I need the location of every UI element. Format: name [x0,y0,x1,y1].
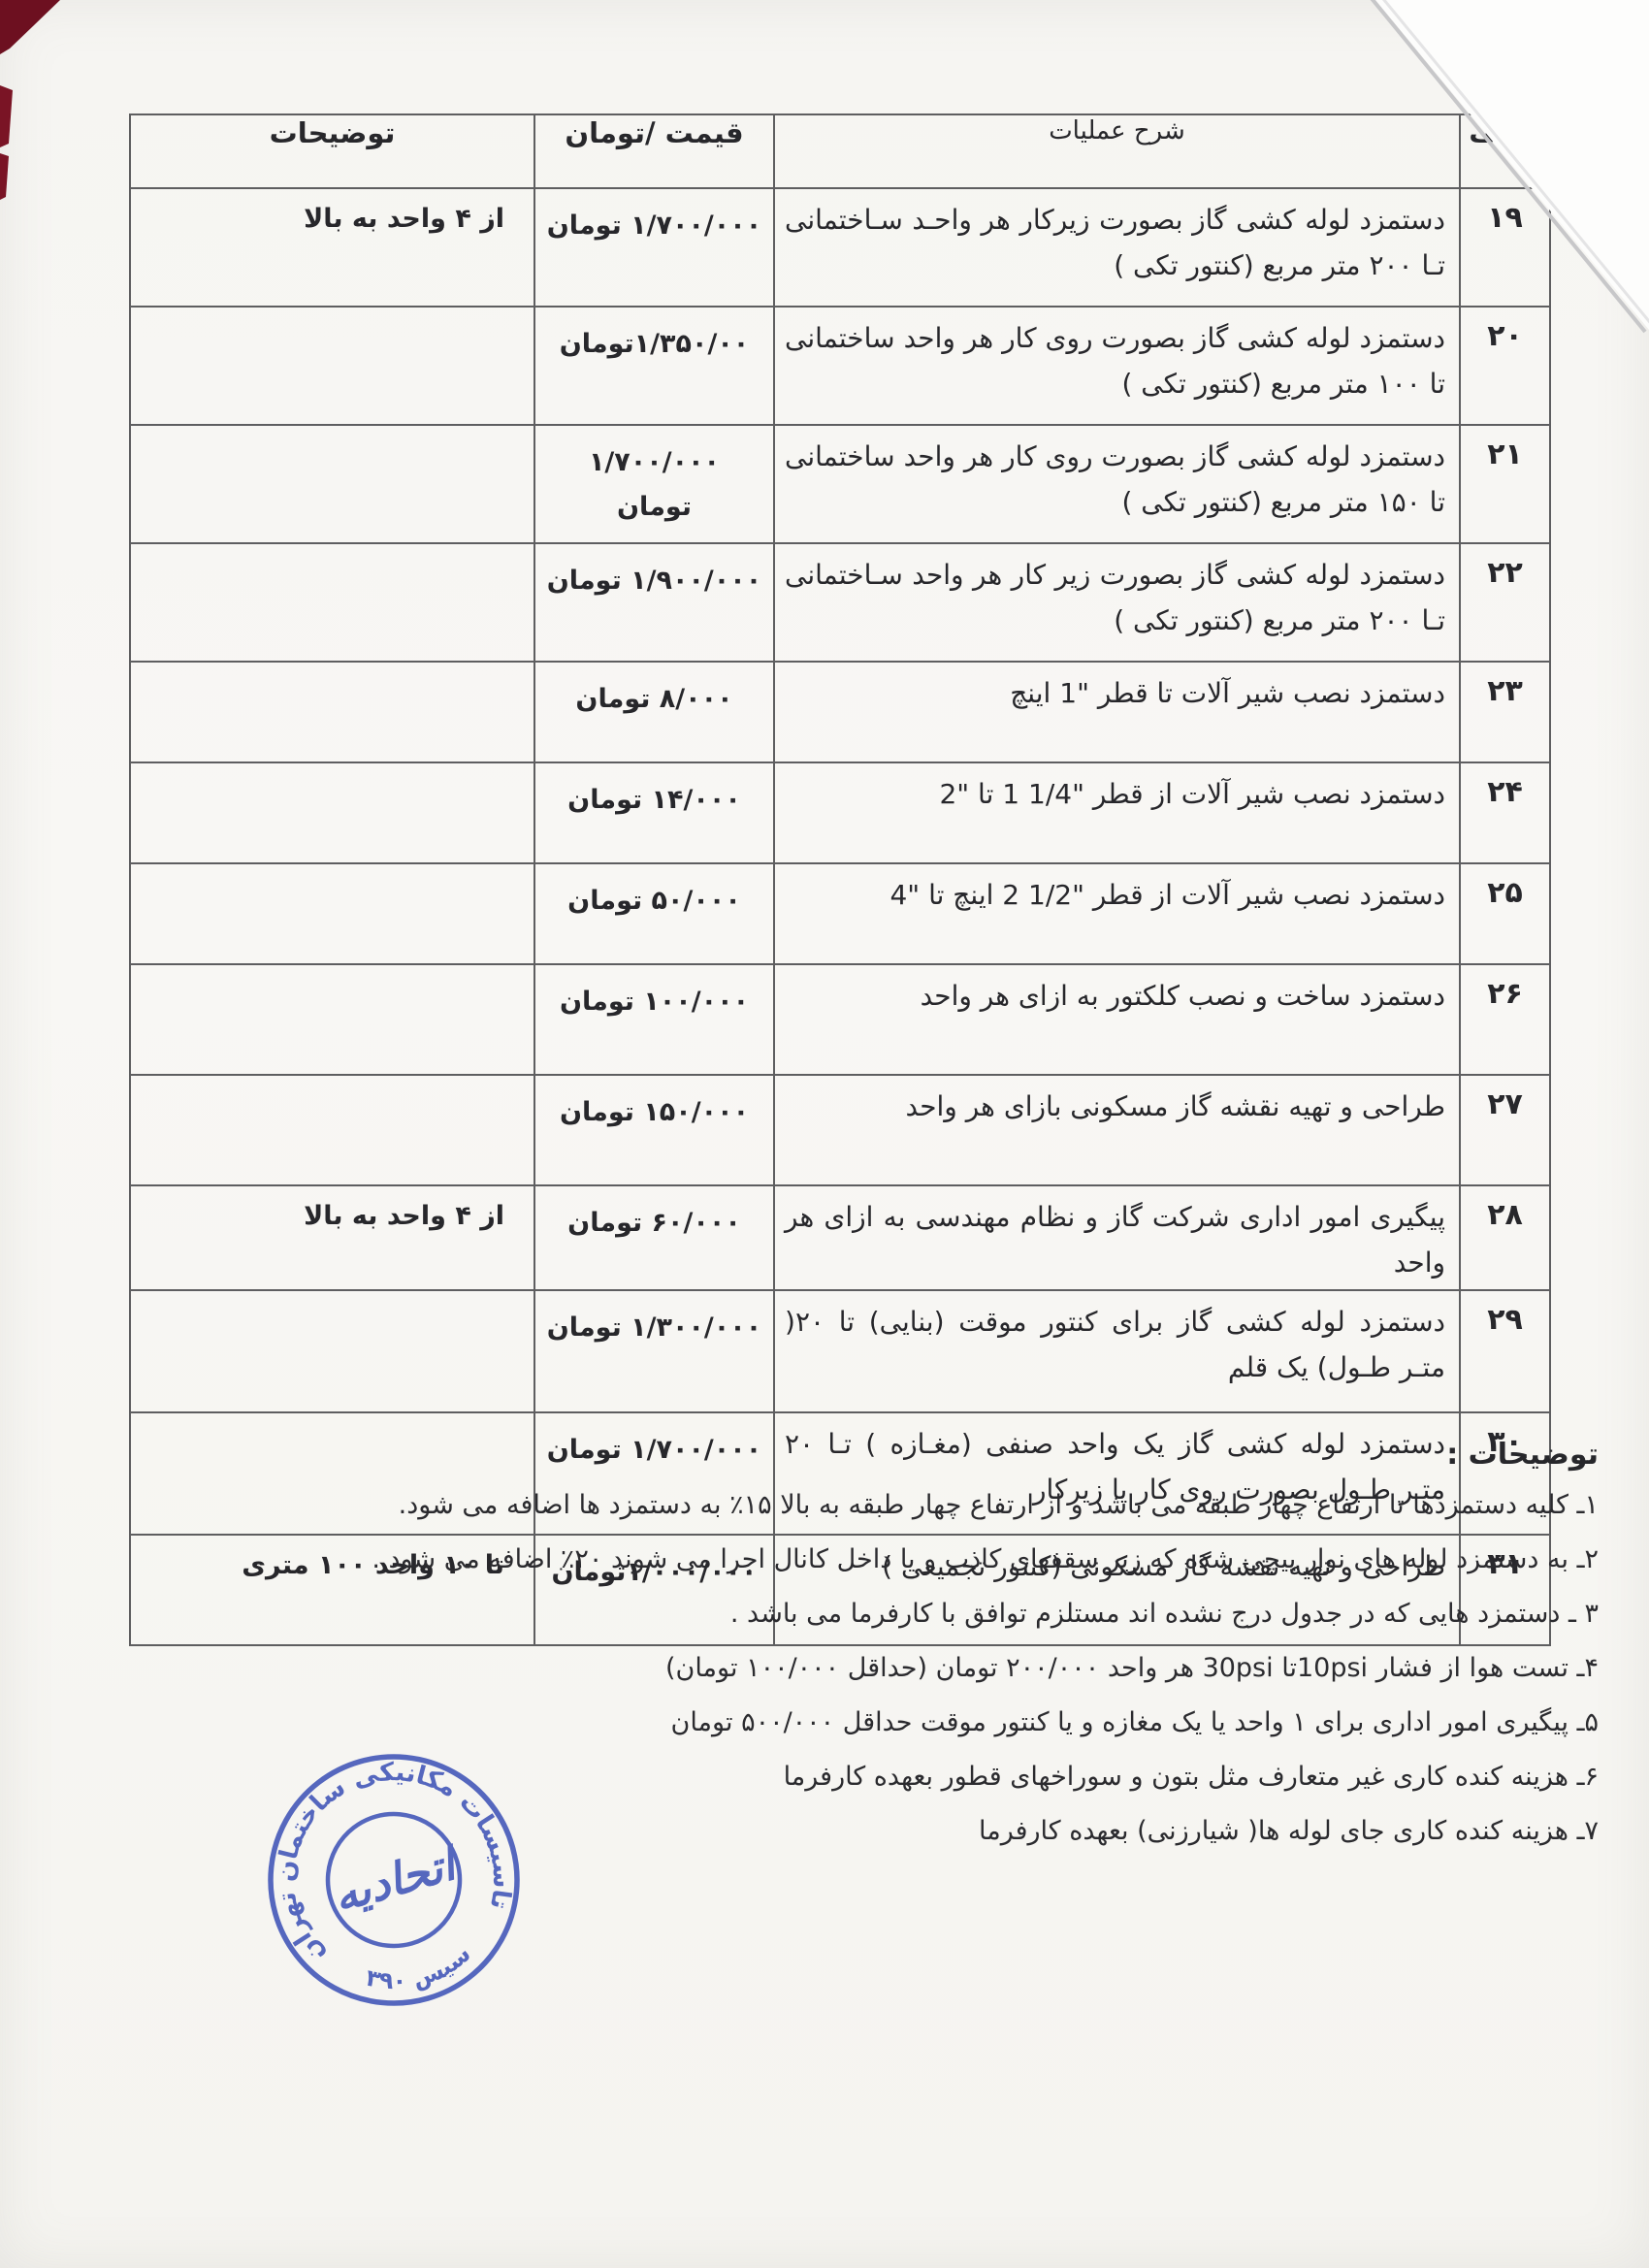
note-text: ۶ـ هزینه کنده کاری غیر متعارف مثل بتون و… [784,1762,1599,1792]
page-corner-fold [1368,0,1649,335]
cell-description: دستمزد نصب شیر آلات از قطر "1/4 1 تا "2 [774,762,1460,863]
cell-row-number: ۲۹ [1460,1290,1550,1412]
cell-row-number: ۲۸ [1460,1185,1550,1290]
table-row: ۲۲ دستمزد لوله کشی گاز بصورت زیر کار هر … [130,543,1550,662]
note-line: ۲ـ به دستمزد لوله های نوار پیچی شده که ز… [144,1543,1599,1575]
cell-note [130,964,534,1075]
cell-price: ۶۰/۰۰۰ تومان [534,1185,774,1290]
cell-description: دستمزد لوله کشی گاز بصورت روی کار هر واح… [774,425,1460,543]
cell-price: ۱/۳۰۰/۰۰۰ تومان [534,1290,774,1412]
cell-note [130,863,534,964]
stamp-center-text: اتحادیه [327,1836,466,1923]
cell-row-number: ۲۴ [1460,762,1550,863]
cell-note [130,425,534,543]
note-text: ۱ـ کلیه دستمزدها تا ارتفاع چهار طبقه می … [399,1490,1599,1520]
cell-note: از ۴ واحد به بالا [130,188,534,307]
scanned-document-page: ردیف شرح عملیات قیمت /تومان توضیحات ۱۹ د… [0,0,1649,2268]
cell-description: دستمزد لوله کشی گاز بصورت روی کار هر واح… [774,307,1460,425]
cell-price: ۱۵۰/۰۰۰ تومان [534,1075,774,1185]
table-row: ۲۷ طراحی و تهیه نقشه گاز مسکونی بازای هر… [130,1075,1550,1185]
table-row: ۲۴ دستمزد نصب شیر آلات از قطر "1/4 1 تا … [130,762,1550,863]
table-row: ۲۹ دستمزد لوله کشی گاز برای کنتور موقت (… [130,1290,1550,1412]
cell-description: دستمزد لوله کشی گاز بصورت زیرکار هر واحـ… [774,188,1460,307]
cell-note [130,662,534,762]
scan-artifact-marks [0,0,87,223]
note-line: ۱ـ کلیه دستمزدها تا ارتفاع چهار طبقه می … [144,1489,1599,1521]
header-price: قیمت /تومان [534,114,774,188]
header-notes: توضیحات [130,114,534,188]
cell-description: دستمزد لوله کشی گاز بصورت زیر کار هر واح… [774,543,1460,662]
edge-red-streak [0,85,13,147]
cell-note [130,543,534,662]
note-text: ۲ـ به دستمزد لوله های نوار پیچی شده که ز… [372,1544,1599,1574]
cell-note: از ۴ واحد به بالا [130,1185,534,1290]
cell-note [130,1290,534,1412]
tariff-table: ردیف شرح عملیات قیمت /تومان توضیحات ۱۹ د… [129,113,1551,1646]
cell-row-number: ۲۷ [1460,1075,1550,1185]
note-text: ۷ـ هزینه کنده کاری جای لوله ها( شیارزنی)… [979,1816,1599,1846]
cell-row-number: ۲۱ [1460,425,1550,543]
table-row: ۲۶ دستمزد ساخت و نصب کلکتور به ازای هر و… [130,964,1550,1075]
fold-paper [1375,0,1649,330]
cell-description: دستمزد ساخت و نصب کلکتور به ازای هر واحد [774,964,1460,1075]
cell-description: طراحی و تهیه نقشه گاز مسکونی بازای هر وا… [774,1075,1460,1185]
note-text: ۴ـ تست هوا از فشار 10psiتا 30psi هر واحد… [665,1653,1599,1683]
cell-price: ۱/۹۰۰/۰۰۰ تومان [534,543,774,662]
cell-row-number: ۲۵ [1460,863,1550,964]
edge-red-streak [0,153,9,200]
cell-note [130,1075,534,1185]
cell-row-number: ۲۲ [1460,543,1550,662]
cell-price: ۸/۰۰۰ تومان [534,662,774,762]
cell-row-number: ۲۶ [1460,964,1550,1075]
note-text: ۵ـ پیگیری امور اداری برای ۱ واحد یا یک م… [671,1707,1600,1737]
table-row: ۱۹ دستمزد لوله کشی گاز بصورت زیرکار هر و… [130,188,1550,307]
cell-price: ۱/۷۰۰/۰۰۰ تومان [534,425,774,543]
table-row: ۲۱ دستمزد لوله کشی گاز بصورت روی کار هر … [130,425,1550,543]
note-line: ۳ ـ دستمزد هایی که در جدول درج نشده اند … [144,1598,1599,1630]
note-line: ۵ـ پیگیری امور اداری برای ۱ واحد یا یک م… [144,1706,1599,1738]
cell-description: دستمزد لوله کشی گاز برای کنتور موقت (بنا… [774,1290,1460,1412]
table-row: ۲۰ دستمزد لوله کشی گاز بصورت روی کار هر … [130,307,1550,425]
cell-price: ۱۰۰/۰۰۰ تومان [534,964,774,1075]
table-row: ۲۵ دستمزد نصب شیر آلات از قطر "1/2 2 این… [130,863,1550,964]
table-row: ۲۳ دستمزد نصب شیر آلات تا قطر "1 اینچ ۸/… [130,662,1550,762]
cell-price: ۱/۷۰۰/۰۰۰ تومان [534,188,774,307]
notes-title: توضیحات : [144,1438,1599,1472]
cell-price: ۱/۳۵۰/۰۰تومان [534,307,774,425]
cell-description: پیگیری امور اداری شرکت گاز و نظام مهندسی… [774,1185,1460,1290]
cell-price: ۱۴/۰۰۰ تومان [534,762,774,863]
note-text: ۳ ـ دستمزد هایی که در جدول درج نشده اند … [730,1599,1599,1629]
cell-note [130,307,534,425]
header-description: شرح عملیات [774,114,1460,188]
cell-price: ۵۰/۰۰۰ تومان [534,863,774,964]
corner-red-mark [0,0,60,54]
cell-description: دستمزد نصب شیر آلات تا قطر "1 اینچ [774,662,1460,762]
table-header-row: ردیف شرح عملیات قیمت /تومان توضیحات [130,114,1550,188]
cell-description: دستمزد نصب شیر آلات از قطر "1/2 2 اینچ ت… [774,863,1460,964]
cell-note [130,762,534,863]
table-row: ۲۸ پیگیری امور اداری شرکت گاز و نظام مهن… [130,1185,1550,1290]
note-line: ۴ـ تست هوا از فشار 10psiتا 30psi هر واحد… [144,1652,1599,1684]
cell-row-number: ۲۳ [1460,662,1550,762]
